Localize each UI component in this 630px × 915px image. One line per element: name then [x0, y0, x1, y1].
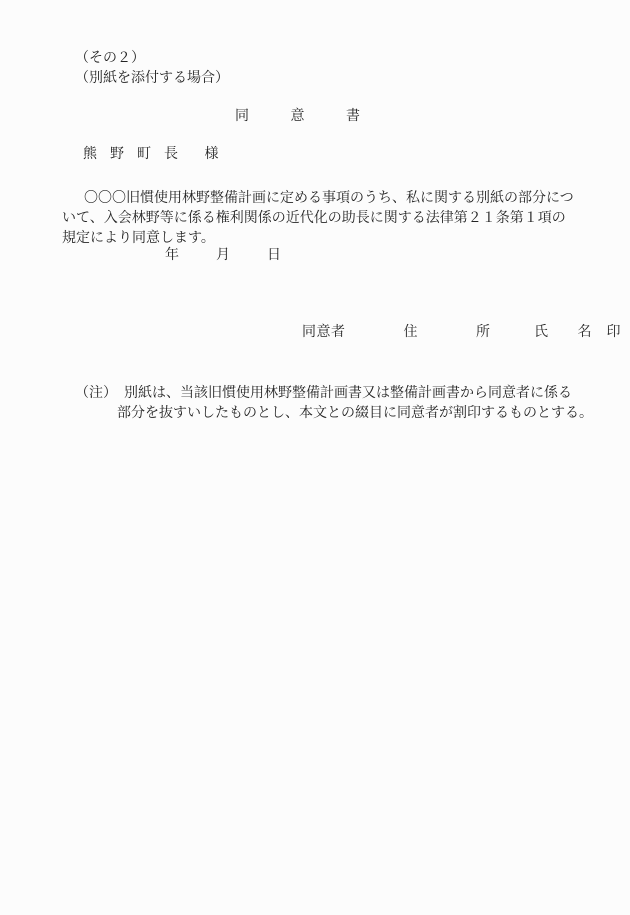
- form-part-label: （その２）: [75, 49, 145, 69]
- addressee-line: 熊 野 町 長 様: [83, 145, 218, 165]
- consent-body-paragraph: 〇〇〇旧慣使用林野整備計画に定める事項のうち、私に関する別紙の部分につ いて、入…: [62, 189, 574, 249]
- date-line: 年 月 日: [165, 246, 284, 266]
- attachment-case-note: （別紙を添付する場合）: [75, 69, 229, 89]
- footnote-block: （注） 別紙は、当該旧慣使用林野整備計画書又は整備計画書から同意者に係る 部分を…: [75, 384, 593, 424]
- consent-form-page: { "page": { "background_color": "#fcfcfc…: [0, 0, 630, 915]
- document-title: 同 意 書: [235, 107, 365, 127]
- consenter-signature-line: 同意者 住 所 氏 名 印: [302, 323, 621, 343]
